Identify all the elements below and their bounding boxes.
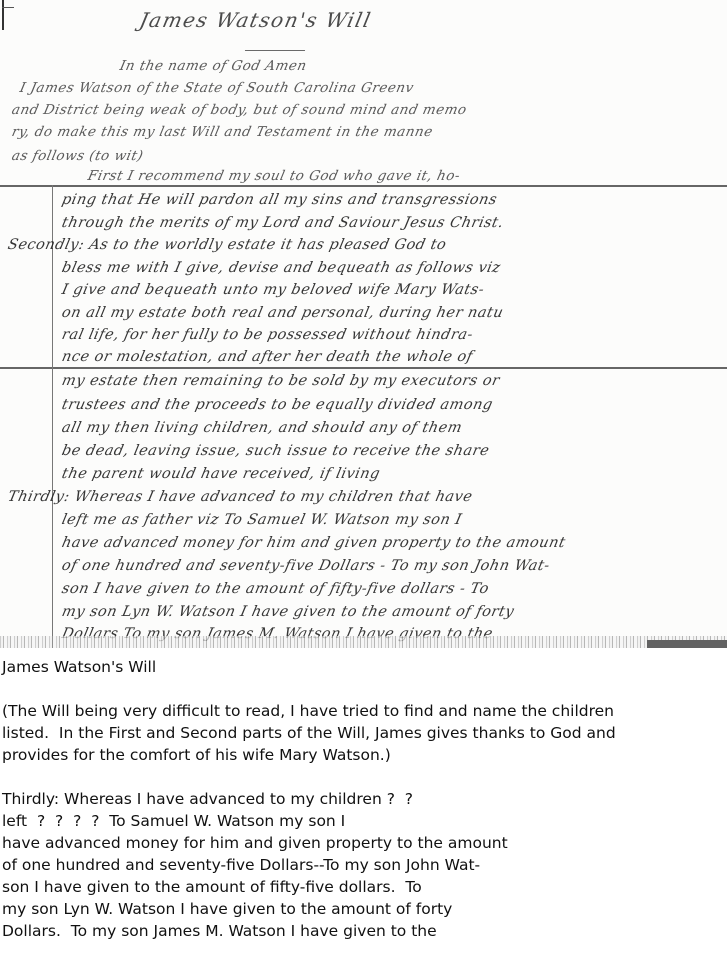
manuscript-line: have advanced money for him and given pr…	[60, 535, 567, 551]
heading-underline	[245, 50, 305, 51]
body-line: Thirdly: Whereas I have advanced to my c…	[2, 788, 722, 810]
body-line: left ? ? ? ? To Samuel W. Watson my son …	[2, 810, 722, 832]
manuscript-line: I James Watson of the State of South Car…	[18, 80, 415, 96]
ruled-line	[0, 367, 727, 369]
scan-bottom-edge	[0, 636, 727, 648]
manuscript-line: of one hundred and seventy-five Dollars …	[60, 558, 551, 574]
manuscript-line: son I have given to the amount of fifty-…	[60, 581, 490, 597]
manuscript-line: my estate then remaining to be sold by m…	[60, 373, 501, 389]
manuscript-line: ral life, for her fully to be possessed …	[60, 327, 474, 343]
spacer	[2, 766, 722, 788]
manuscript-line: trustees and the proceeds to be equally …	[60, 397, 494, 413]
spacer	[2, 678, 722, 700]
body-line: Dollars. To my son James M. Watson I hav…	[2, 920, 722, 942]
intro-paragraph: (The Will being very difficult to read, …	[2, 700, 722, 766]
manuscript-line: through the merits of my Lord and Saviou…	[60, 215, 505, 231]
manuscript-line: the parent would have received, if livin…	[60, 466, 381, 482]
intro-line: listed. In the First and Second parts of…	[2, 722, 722, 744]
body-line: have advanced money for him and given pr…	[2, 832, 722, 854]
margin-line	[52, 185, 53, 648]
manuscript-line: Secondly: As to the worldly estate it ha…	[6, 237, 448, 253]
manuscript-line: my son Lyn W. Watson I have given to the…	[60, 604, 515, 620]
body-line: my son Lyn W. Watson I have given to the…	[2, 898, 722, 920]
manuscript-line: In the name of God Amen	[118, 58, 308, 74]
scan-edge-tick	[2, 7, 14, 8]
body-line: of one hundred and seventy-five Dollars-…	[2, 854, 722, 876]
scan-edge-mark	[2, 0, 4, 30]
manuscript-heading: James Watson's Will	[137, 8, 373, 32]
manuscript-line: nce or molestation, and after her death …	[60, 349, 474, 365]
manuscript-line: I give and bequeath unto my beloved wife…	[60, 282, 485, 298]
manuscript-line: bless me with I give, devise and bequeat…	[60, 260, 502, 276]
body-paragraph: Thirdly: Whereas I have advanced to my c…	[2, 788, 722, 942]
manuscript-line: as follows (to wit)	[10, 148, 145, 164]
manuscript-scan-image: James Watson's Will In the name of God A…	[0, 0, 727, 648]
manuscript-line: First I recommend my soul to God who gav…	[86, 168, 461, 184]
intro-line: (The Will being very difficult to read, …	[2, 700, 722, 722]
manuscript-line: ping that He will pardon all my sins and…	[60, 192, 498, 208]
manuscript-line: left me as father viz To Samuel W. Watso…	[60, 512, 463, 528]
manuscript-line: Thirdly: Whereas I have advanced to my c…	[6, 489, 474, 505]
manuscript-line: on all my estate both real and personal,…	[60, 305, 505, 321]
ruled-line	[0, 185, 727, 187]
manuscript-line: be dead, leaving issue, such issue to re…	[60, 443, 491, 459]
manuscript-line: and District being weak of body, but of …	[10, 102, 468, 118]
transcription: James Watson's Will (The Will being very…	[2, 656, 722, 942]
body-line: son I have given to the amount of fifty-…	[2, 876, 722, 898]
transcription-title: James Watson's Will	[2, 656, 722, 678]
intro-line: provides for the comfort of his wife Mar…	[2, 744, 722, 766]
manuscript-line: ry, do make this my last Will and Testam…	[10, 124, 434, 140]
manuscript-line: all my then living children, and should …	[60, 420, 463, 436]
